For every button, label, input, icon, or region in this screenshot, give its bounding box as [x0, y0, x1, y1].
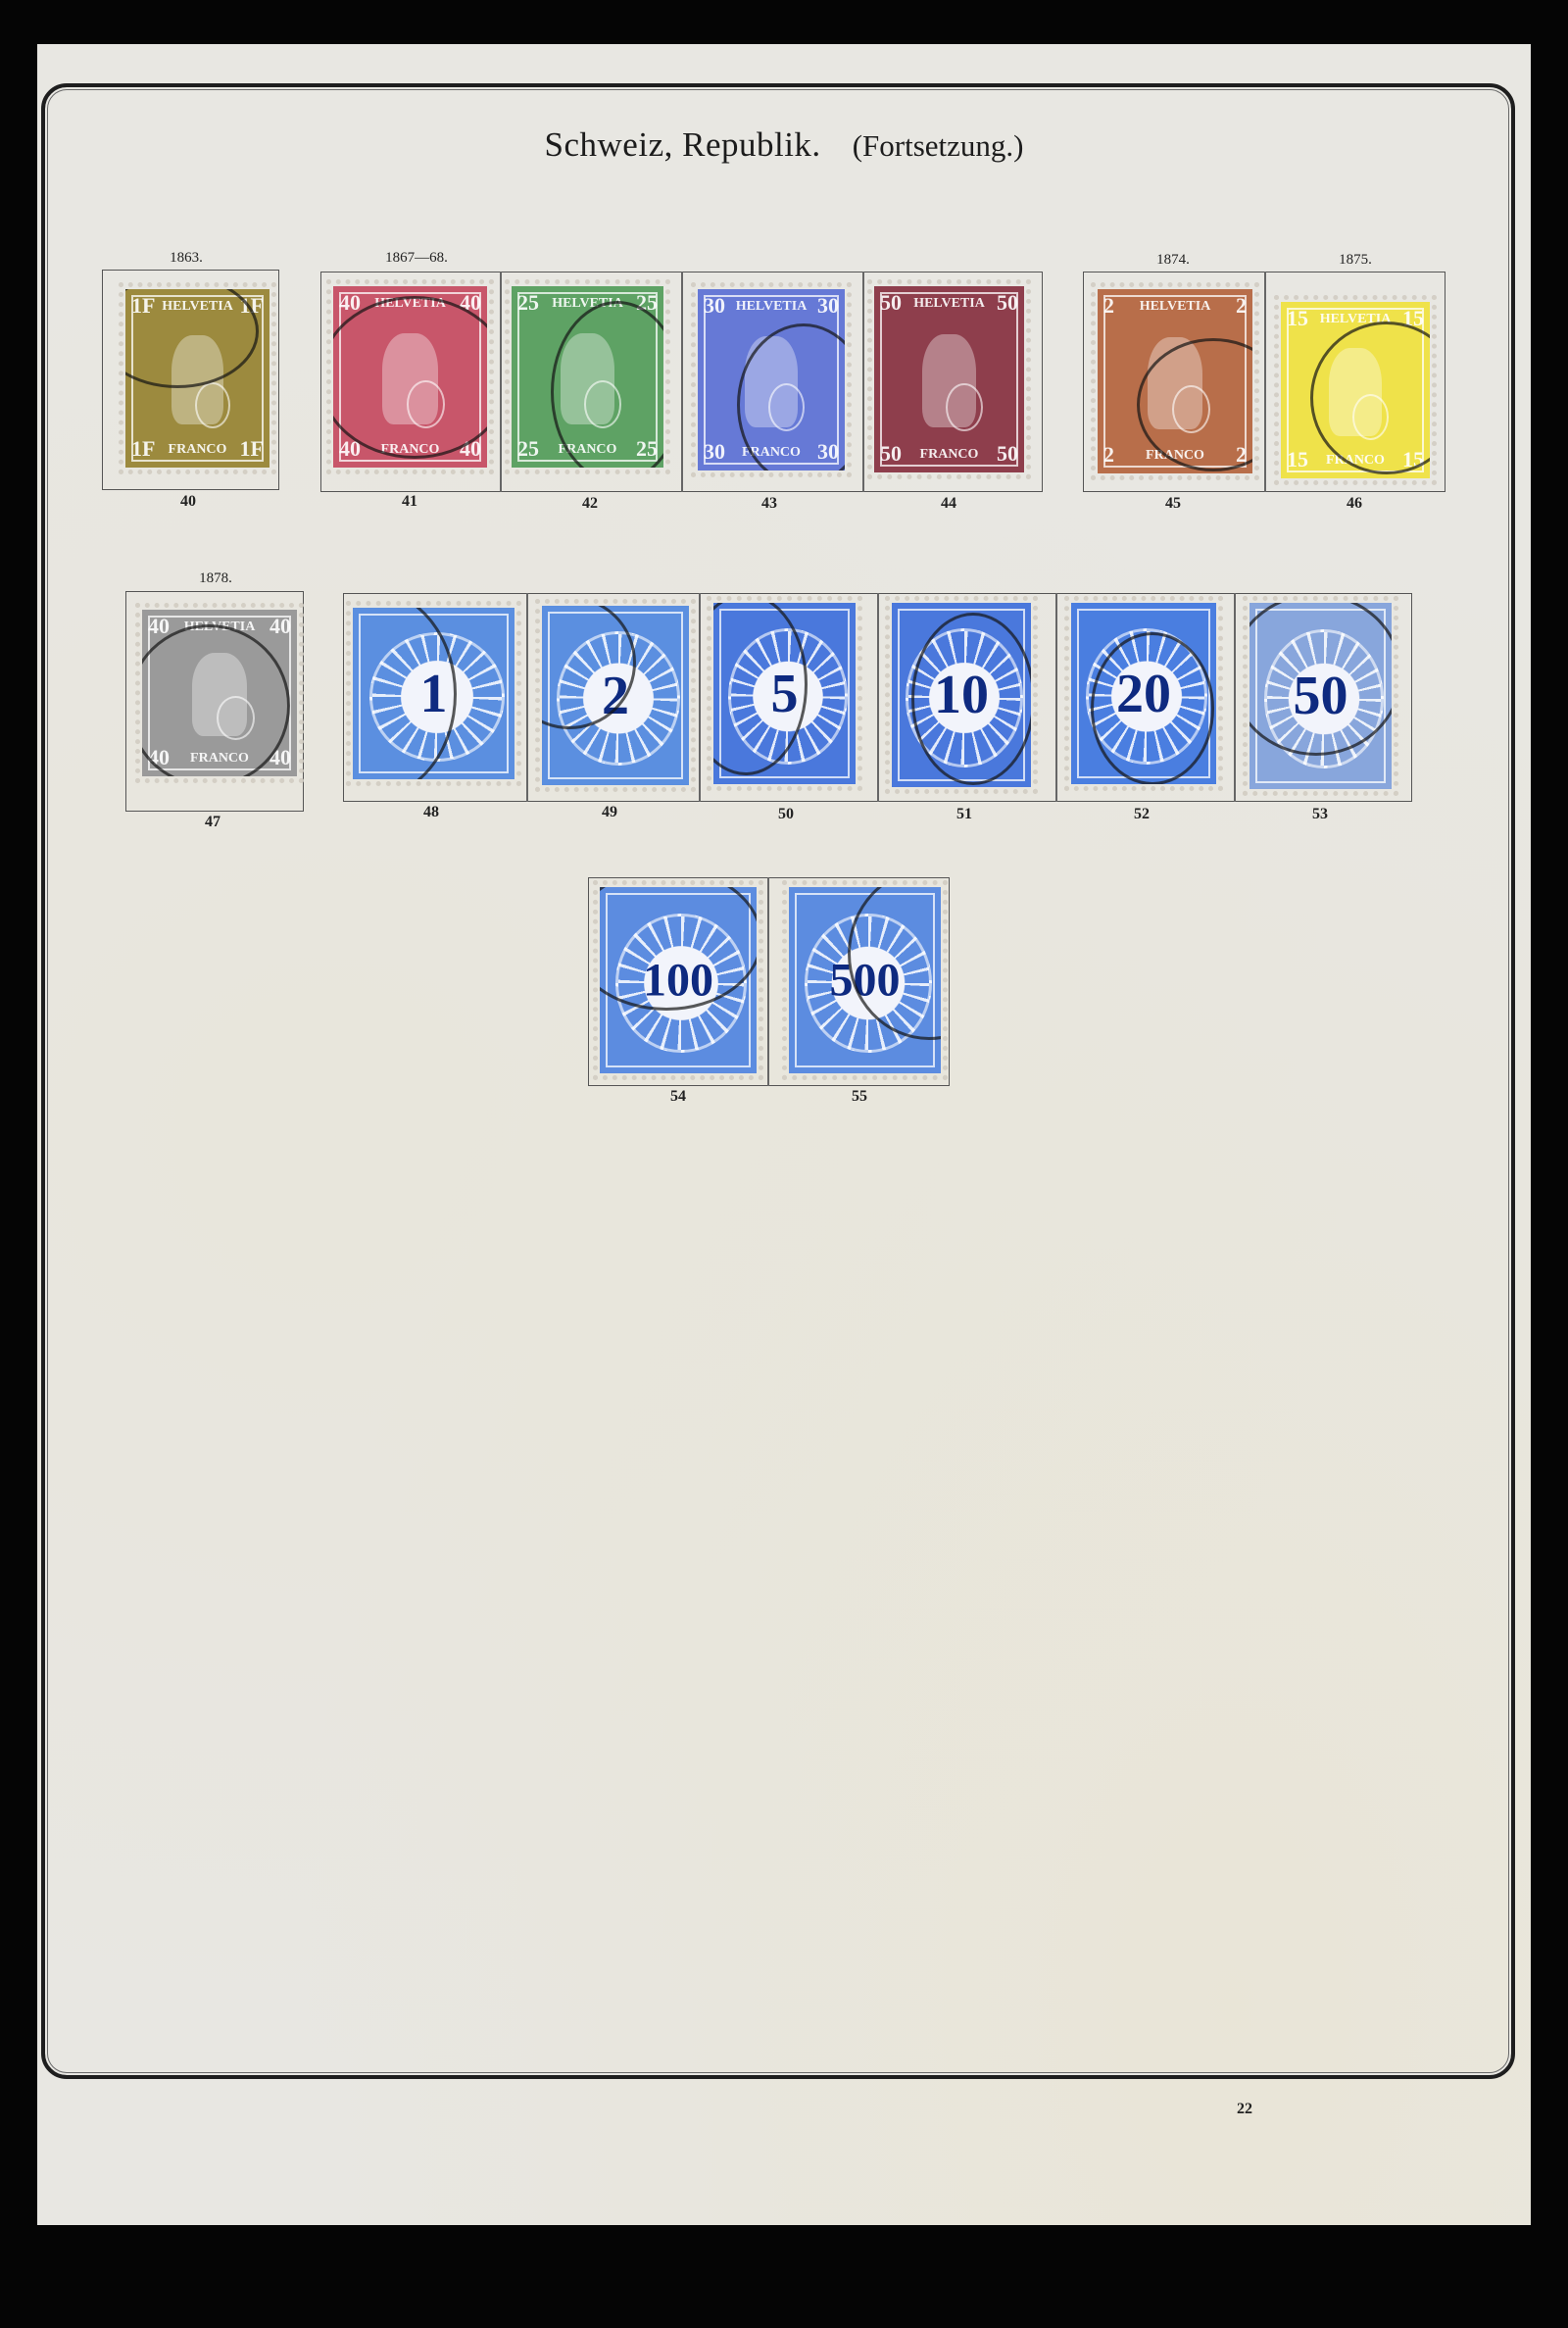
stamp-52: 20 [1071, 603, 1216, 784]
divider [1055, 593, 1057, 802]
catalog-number-52: 52 [1102, 806, 1181, 823]
stamp-48: 1 [353, 608, 514, 779]
country-title: Schweiz, Republik. [545, 125, 821, 164]
stamp-55: 500 [789, 887, 941, 1073]
catalog-number-51: 51 [925, 806, 1004, 823]
stamp-corner-value: 30 [704, 293, 725, 319]
stamp-corner-value: 30 [817, 293, 839, 319]
divider [500, 272, 502, 492]
stamp-42: HELVETIAFRANCO25252525 [512, 286, 663, 468]
stamp-corner-value: 1F [131, 436, 155, 462]
swiss-cross-shield-icon [946, 383, 983, 432]
catalog-number-42: 42 [551, 495, 629, 513]
catalog-number-47: 47 [173, 814, 252, 831]
year-heading-1875: 1875. [1297, 252, 1414, 269]
catalog-number-46: 46 [1315, 495, 1394, 513]
divider [862, 272, 864, 492]
catalog-number-50: 50 [747, 806, 825, 823]
divider [526, 593, 528, 802]
stamp-44: HELVETIAFRANCO50505050 [874, 286, 1024, 472]
stamp-47: HELVETIAFRANCO40404040 [142, 610, 297, 776]
stamp-corner-value: 15 [1287, 306, 1308, 331]
stamp-corner-value: 50 [997, 290, 1018, 316]
stamp-corner-value: 2 [1236, 293, 1247, 319]
catalog-number-48: 48 [392, 804, 470, 821]
stamp-54: 100 [600, 887, 757, 1073]
postmark-cancel [1249, 603, 1392, 756]
stamp-corner-value: 25 [517, 290, 539, 316]
year-heading-1878: 1878. [157, 570, 274, 587]
stamp-40: HELVETIAFRANCO1F1F1F1F [125, 289, 269, 468]
divider [767, 877, 769, 1086]
catalog-number-40: 40 [149, 493, 227, 511]
stamp-corner-value: 2 [1103, 293, 1114, 319]
page-number: 22 [1237, 2101, 1252, 2118]
stamp-corner-value: 2 [1103, 442, 1114, 468]
year-heading-1874: 1874. [1114, 252, 1232, 269]
stamp-corner-value: 50 [880, 441, 902, 467]
stamp-corner-value: 1F [240, 436, 264, 462]
stamp-41: HELVETIAFRANCO40404040 [333, 286, 487, 468]
catalog-number-41: 41 [370, 493, 449, 511]
catalog-number-54: 54 [639, 1088, 717, 1106]
stamp-corner-value: 30 [704, 439, 725, 465]
continuation-note: (Fortsetzung.) [853, 128, 1024, 163]
year-heading-1863: 1863. [127, 250, 245, 267]
stamp-43: HELVETIAFRANCO30303030 [698, 289, 845, 471]
divider [681, 272, 683, 492]
stamp-49: 2 [542, 606, 689, 785]
stamp-corner-value: 25 [517, 436, 539, 462]
catalog-number-55: 55 [820, 1088, 899, 1106]
stamp-top-label: HELVETIA [1098, 299, 1252, 315]
stamp-46: HELVETIAFRANCO15151515 [1281, 302, 1430, 478]
divider [699, 593, 701, 802]
stamp-45: HELVETIAFRANCO2222 [1098, 289, 1252, 473]
stamp-50: 5 [713, 603, 856, 784]
divider [877, 593, 879, 802]
catalog-number-44: 44 [909, 495, 988, 513]
stamp-51: 10 [892, 603, 1031, 787]
catalog-number-45: 45 [1134, 495, 1212, 513]
postmark-cancel [353, 608, 457, 779]
stamp-corner-value: 50 [997, 441, 1018, 467]
catalog-number-43: 43 [730, 495, 808, 513]
year-heading-1867-68: 1867—68. [358, 250, 475, 267]
divider [1234, 593, 1236, 802]
divider [1264, 272, 1266, 492]
stamp-corner-value: 40 [269, 614, 291, 639]
postmark-cancel [911, 613, 1031, 785]
swiss-cross-shield-icon [195, 382, 230, 429]
page-title: Schweiz, Republik.(Fortsetzung.) [0, 125, 1568, 165]
stamp-corner-value: 15 [1287, 447, 1308, 472]
stamp-corner-value: 50 [880, 290, 902, 316]
postmark-cancel [1091, 632, 1214, 784]
postmark-cancel [333, 296, 487, 459]
catalog-number-53: 53 [1281, 806, 1359, 823]
catalog-number-49: 49 [570, 804, 649, 821]
stamp-53: 50 [1249, 603, 1392, 789]
